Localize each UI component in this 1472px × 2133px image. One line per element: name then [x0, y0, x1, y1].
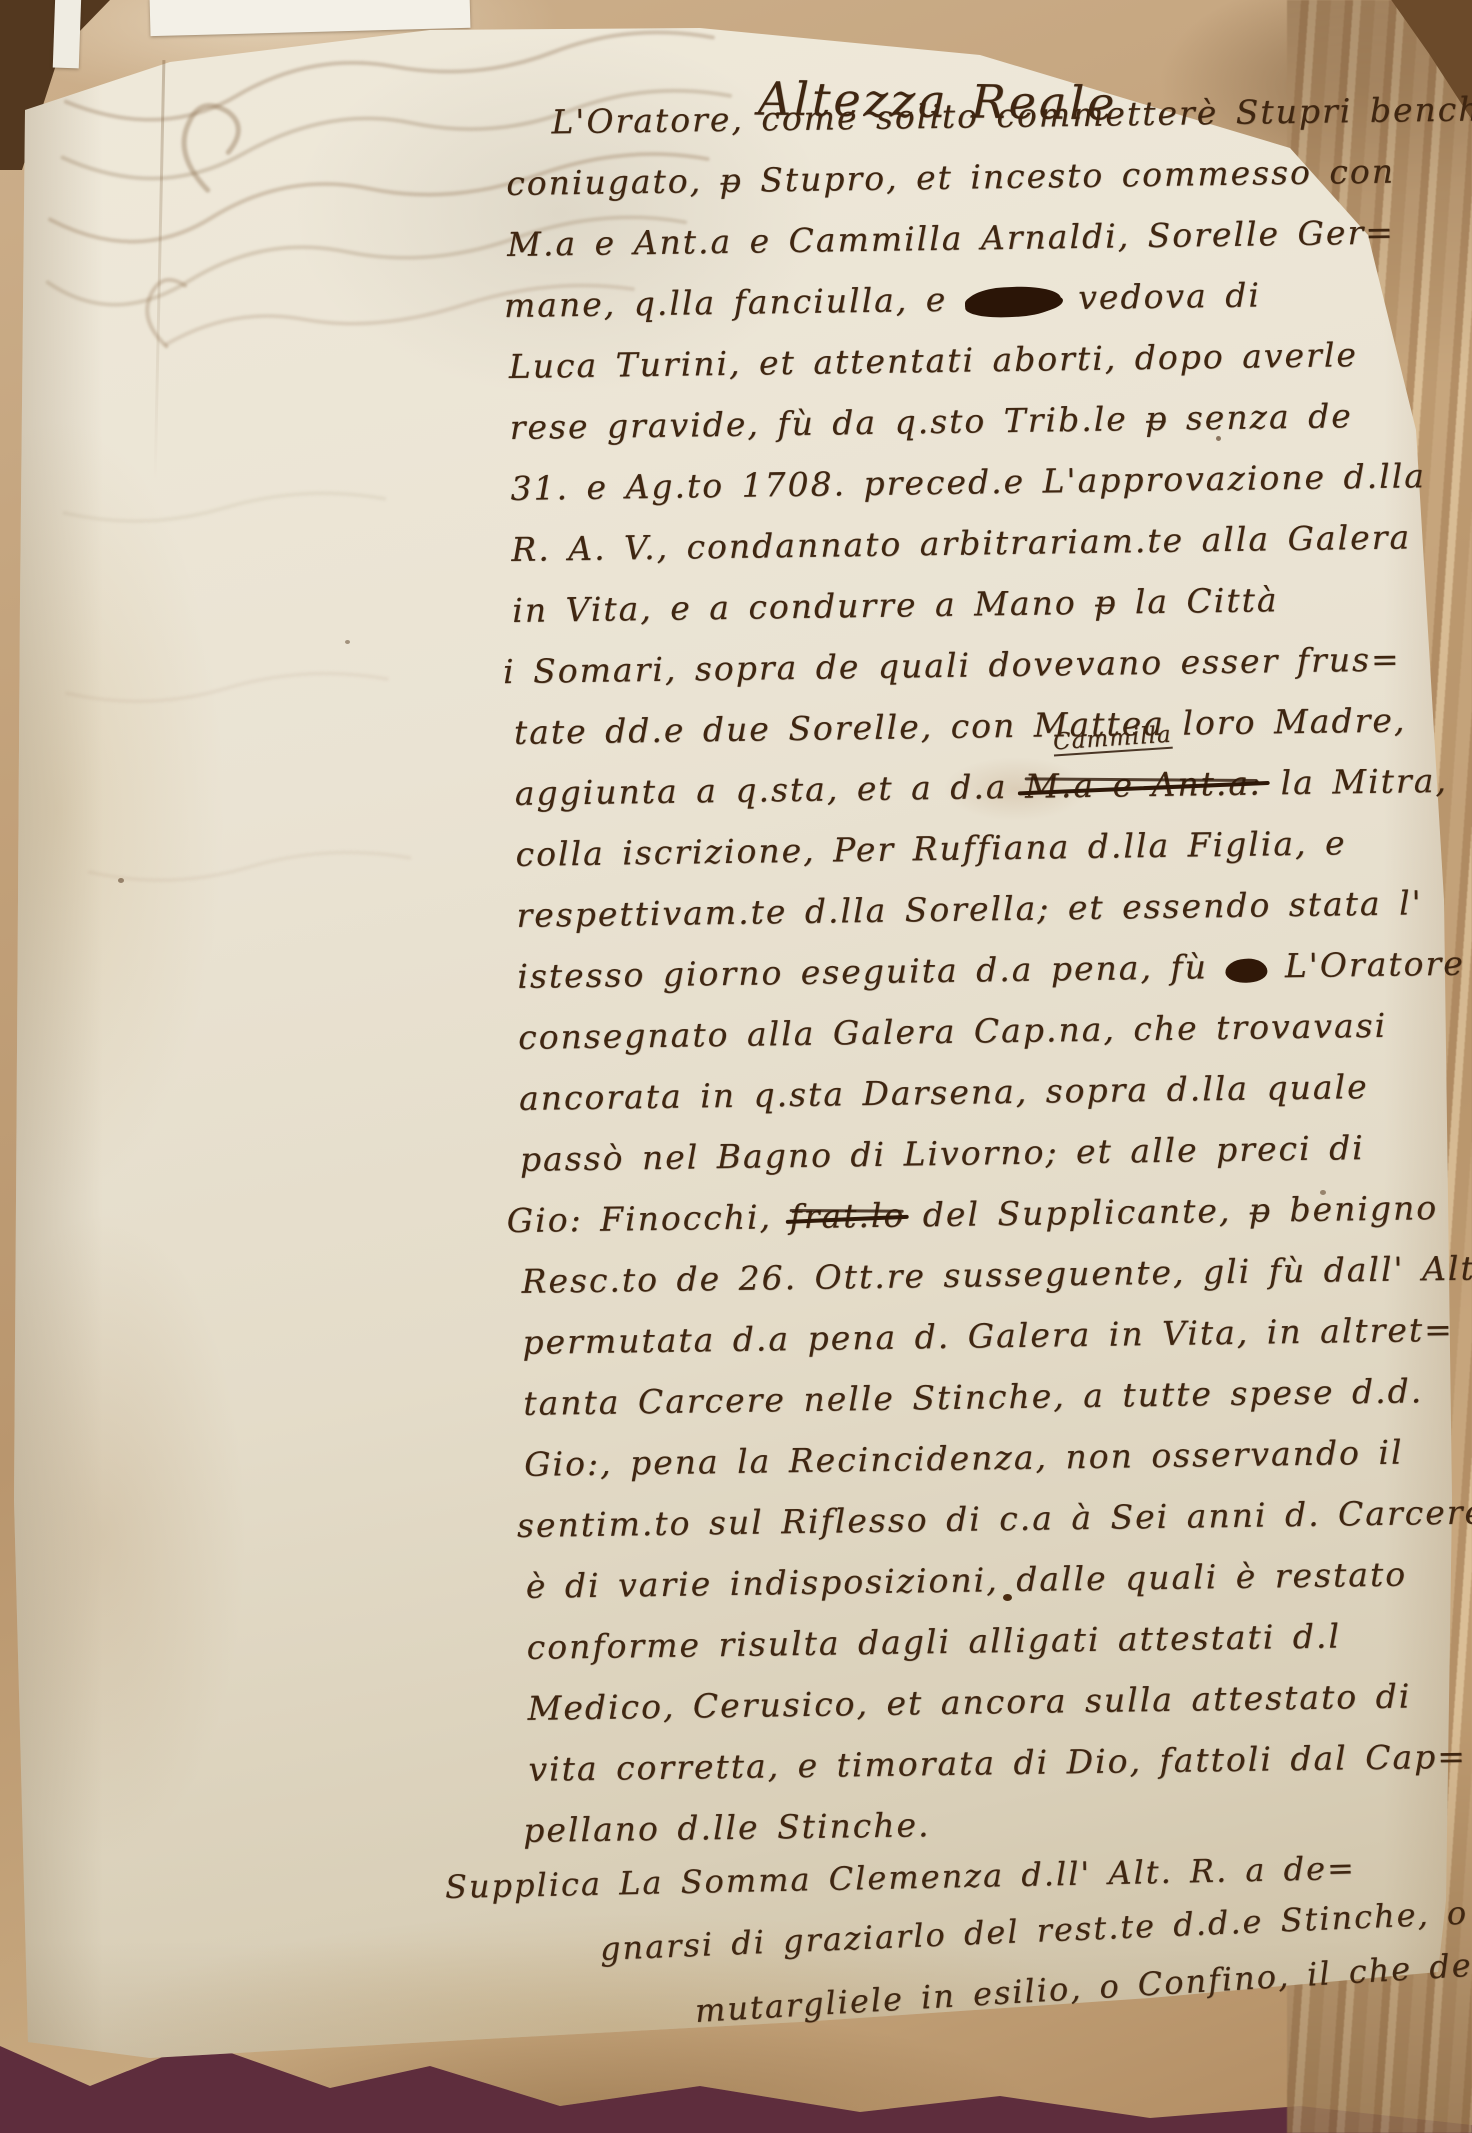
manuscript-body: L'Oratore, come solito commetterè Stupri…: [505, 78, 1472, 1861]
ink-speck: [118, 878, 124, 883]
ink-speck: [1320, 1190, 1326, 1195]
manuscript-photo: Altezza Reale L'Oratore, come solito com…: [0, 0, 1472, 2133]
ink-speck: [345, 640, 350, 644]
obliterated-word: [964, 285, 1061, 320]
ink-speck: [1003, 1594, 1012, 1601]
small-obliteration: [1225, 957, 1268, 984]
ink-speck: [1216, 436, 1221, 441]
bleed-through-ghost-writing-faint: [20, 417, 441, 1042]
supplica-paragraph: Supplica La Somma Clemenza d.ll' Alt. R.…: [445, 1856, 1472, 2042]
struck-word: M.a e Ant.a:Cammilla: [1025, 752, 1264, 816]
struck-word: frat.lo: [789, 1185, 906, 1248]
